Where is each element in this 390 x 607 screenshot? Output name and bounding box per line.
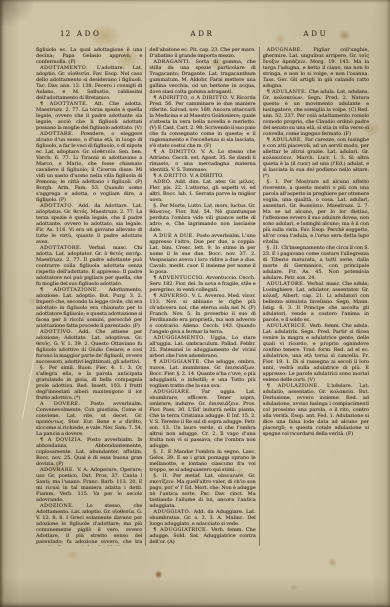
entry-headword: A DUE A DUE. (153, 233, 196, 239)
dictionary-entry: ¶ ADULANTE. Che adula. Lat. adulans. Gr.… (263, 89, 369, 137)
text-block: 12 ADO ADR ADU figliuolo ec. La qual ado… (36, 29, 369, 546)
dictionary-entry: ADRO. Add. dim. Lat. ater. Gr. μέλας. Fl… (149, 179, 255, 203)
dictionary-entry: A DUE A DUE. Posto avverbialm. L'uno app… (149, 233, 255, 275)
entry-headword: ¶ A DOVIZIA. (40, 437, 87, 443)
entry-headword: §. (153, 203, 160, 209)
dictionary-entry: ADOZIONE. Lo stesso, che Adottamento. La… (36, 503, 142, 546)
stain-spot (154, 570, 163, 579)
dictionary-entry: ADULATRICE. Verb. femm. Che adula. Lat. … (263, 323, 369, 383)
stain-spot (328, 558, 337, 567)
entry-headword: ¶ ADVENTUCCIO. (153, 275, 206, 281)
page-corner-shadow (0, 0, 34, 26)
page-number: 12 (60, 29, 71, 38)
running-head: 12 ADO ADR ADU (36, 29, 369, 40)
running-head-right: ADU (263, 29, 369, 40)
dictionary-entry: ADUGGIAMENTO. Uggia, Lo stare all'uggia.… (149, 335, 255, 359)
dictionary-entry: §. II. Per metaf. Lat. obscurare. Gr. σκ… (149, 473, 255, 509)
dictionary-entry: ADOTTATORE. Verbal. masc. Chi adotta. La… (36, 245, 142, 287)
entry-headword: §. II. (267, 245, 282, 251)
entry-headword: ¶ ADOTTANTE. (40, 101, 94, 107)
column-middle: dell'abatone ec. Pit. cap. 23. Che per m… (149, 47, 255, 546)
dictionary-entry: §. I. Per Mostrare ad alcuno affetto riv… (263, 179, 369, 245)
dictionary-entry: ADUGNARE. Pigliar coll'unghie, ghermire.… (263, 47, 369, 89)
entry-headword: §. I. (267, 179, 284, 185)
dictionary-entry: A DOVERE. Posto avverbialm. Convenevolme… (36, 401, 142, 437)
column-right: ADUGNARE. Pigliar coll'unghie, ghermire.… (263, 47, 369, 546)
entry-headword: ADOVRARE. (40, 467, 77, 473)
entry-headword: §. II. (153, 473, 173, 479)
scanned-page: 12 ADO ADR ADU figliuolo ec. La qual ado… (0, 0, 390, 607)
entry-headword: §. I. (153, 449, 168, 455)
entry-headword: ADUGGIARE. (153, 389, 201, 395)
entry-headword: §. (40, 365, 49, 371)
entry-headword: ADOTTARE. (40, 131, 81, 137)
dictionary-entry: ¶ A DIMITTO. V. A. Lo stesso che Adriano… (149, 149, 255, 173)
dictionary-entry: ADUGGIARE. Far uggia. Lat. obumbrare, of… (149, 389, 255, 449)
dictionary-entry: ¶ A DOVIZIA. Posto avverbialm. In abbond… (36, 437, 142, 467)
entry-headword: ¶ A DIMITTO. (153, 149, 201, 155)
entry-headword: ADULATRICE. (267, 323, 310, 329)
dictionary-entry: ADOTTAMENTO. L'adottare. Lat. adoptio. G… (36, 65, 142, 101)
dictionary-entry: ¶ ADOTTANTE. Att. Che adotta. Maestruzz.… (36, 101, 142, 131)
dictionary-entry: §. Per Morte, Lutto. Lat. mors, luctus. … (149, 203, 255, 233)
stain-spot (290, 584, 298, 591)
dictionary-entry: ¶ ADIRITTO, o A DIRITTO. V. Ricorda Pred… (149, 95, 255, 149)
entry-headword: ADOZIONE. (40, 503, 86, 509)
entry-headword: ADRO. (153, 179, 175, 185)
dictionary-entry: ADRAGANTI. Sorta di gomma, che stilla da… (149, 59, 255, 95)
dictionary-entry: §. II. Ch'insegnamento che circa il con … (263, 245, 369, 281)
dictionary-entry: ¶ ADUGGIANTE. Che adugge, ombra, nuoce. … (149, 359, 255, 389)
columns: figliuolo ec. La qual adottagione è una … (36, 47, 369, 546)
entry-headword: ADUGNARE. (267, 47, 314, 53)
dictionary-entry: ADULATORE. Verbal. masc. Che adula; Lusi… (263, 281, 369, 323)
running-head-left: ADO (36, 29, 142, 40)
entry-headword: ADOTTIVO. (40, 329, 79, 335)
entry-headword: ¶ ADOTTAZIONE. (40, 287, 109, 293)
entry-headword: A DOVERE. (40, 401, 90, 407)
entry-headword: ADULATORE. (267, 281, 307, 287)
dictionary-entry: dell'abatone ec. Pit. cap. 23. Che per m… (149, 47, 255, 59)
dictionary-entry: ¶ ADUGGIATRICE. Verb. femm. Che adugge. … (149, 527, 255, 545)
dictionary-entry: ¶ ADVENTUCCIO. Avventuccio. Cecch. Serv.… (149, 275, 255, 293)
stain-spot (66, 550, 79, 560)
dictionary-entry: ¶ ADVERSO. V. L. Avverso. Med. vicor. 11… (149, 293, 255, 335)
entry-headword: ADUGGIATO. (153, 509, 193, 515)
dictionary-entry: ADOTTATO. Add. da Adottare. Lat. adoptat… (36, 203, 142, 245)
dictionary-entry: ¶ ADULARE. Far carezze, con lusinghe e c… (263, 137, 369, 179)
entry-headword: ¶ ADVERSO. (153, 293, 191, 299)
entry-headword: ADRAGANTI. (153, 59, 195, 65)
dictionary-entry: §. I. E Mandar l'ombra in segno. Lasc. G… (149, 449, 255, 473)
dictionary-entry: figliuolo ec. La qual adottagione è una … (36, 47, 142, 65)
running-head-middle: ADR (149, 29, 255, 40)
column-left: figliuolo ec. La qual adottagione è una … (36, 47, 142, 546)
entry-headword: ADOTTAMENTO. (40, 65, 97, 71)
dictionary-entry: ADOTTARE. Prendere, o eleggere alcuno d'… (36, 131, 142, 203)
entry-headword: ¶ ADUGGIANTE. (153, 359, 204, 365)
dictionary-entry: ADUGGIATO. Add. da Aduggiare. Lat. obumb… (149, 509, 255, 527)
dictionary-entry: ADOVRARE. V. A. Adoperare, Operare; uso … (36, 467, 142, 503)
entry-headword: ADOTTATO. (40, 203, 78, 209)
column-divider (259, 47, 260, 546)
entry-headword: ¶ ADUGGIATRICE. (153, 527, 211, 533)
entry-headword: ADOTTATORE. (40, 245, 89, 251)
entry-headword: ¶ ADULAZIONE. (267, 383, 327, 389)
dictionary-entry: ¶ ADULAZIONE. L'adulare. Lat. adulatio, … (263, 383, 369, 437)
dictionary-entry: §. Per simil. Buon. Fier. 4. 1. 3. Or s'… (36, 365, 142, 401)
entry-headword: ¶ ADULARE. (267, 137, 305, 143)
entry-headword: ¶ ADIRITTO, o A DIRITTO. (153, 95, 230, 101)
dictionary-entry: ADOTTIVO. Add. Che attiene per adozione;… (36, 329, 142, 365)
dictionary-entry: ¶ ADOTTAZIONE. Adottamento, adozione. La… (36, 287, 142, 329)
column-divider (145, 47, 146, 546)
entry-headword: ¶ ADULANTE. (267, 89, 309, 95)
entry-headword: ADUGGIAMENTO. (153, 335, 210, 341)
